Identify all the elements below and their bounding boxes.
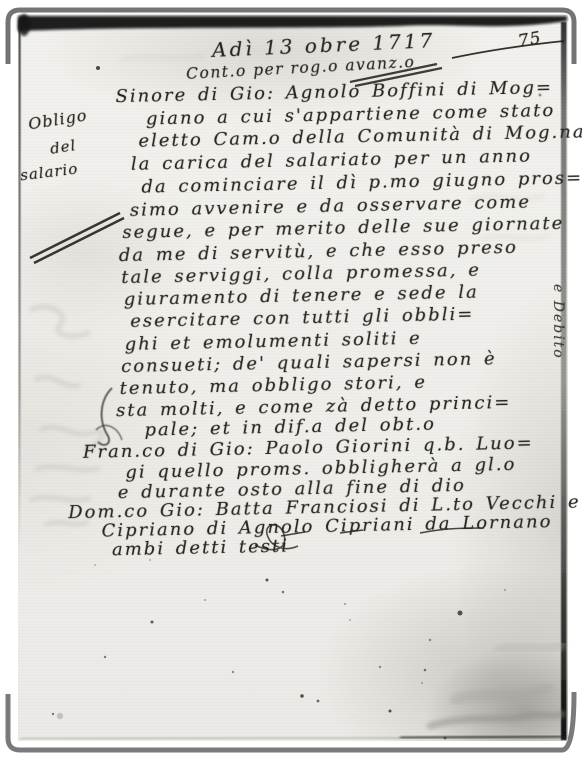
manuscript-text-layer: Adì 13 obre 1717 75 Cont.o per rog.o ava… <box>0 0 582 760</box>
manuscript-line: ambi detti testi <box>112 536 289 561</box>
manuscript-body: Sinore di Gio: Agnolo Boffini di Mog= gi… <box>0 0 582 760</box>
manuscript-scan-view: Adì 13 obre 1717 75 Cont.o per rog.o ava… <box>0 0 582 760</box>
